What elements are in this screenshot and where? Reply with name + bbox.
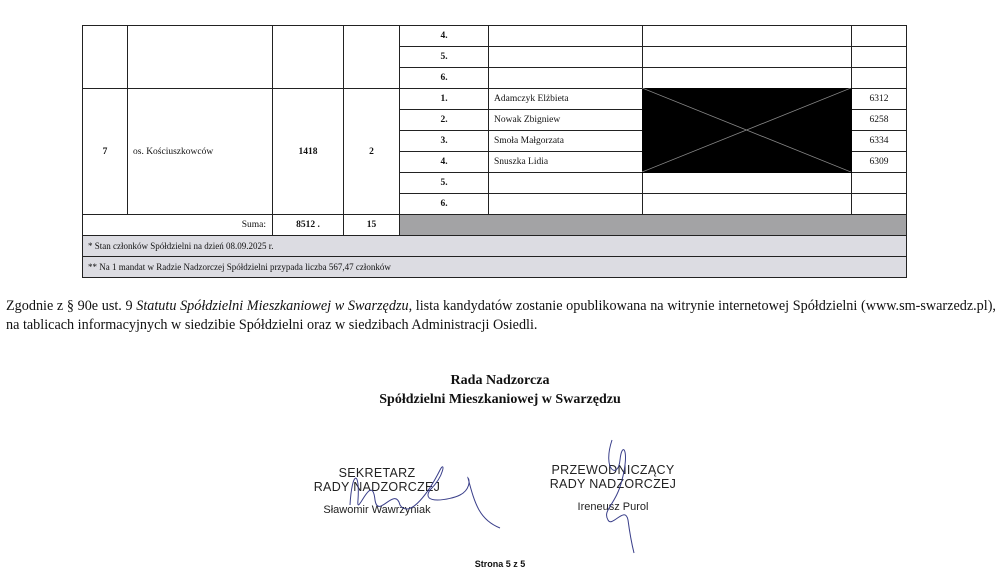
secretary-signature-block: SEKRETARZ RADY NADZORCZEJ Sławomir Wawrz… bbox=[282, 466, 472, 516]
candidate-name: Nowak Zbigniew bbox=[488, 109, 643, 131]
prev-mandates-cell bbox=[343, 25, 400, 89]
prev-lp-cell bbox=[82, 25, 128, 89]
candidate-number: 6334 bbox=[851, 130, 907, 152]
prev-estate-cell bbox=[127, 25, 273, 89]
candidate-no: 4. bbox=[399, 151, 489, 173]
prev-candidate-name bbox=[488, 46, 643, 68]
footnote: * Stan członków Spółdzielni na dzień 08.… bbox=[82, 235, 907, 257]
secretary-title-council: RADY NADZORCZEJ bbox=[282, 480, 472, 494]
paragraph-text-1: Zgodnie z § 90e ust. 9 bbox=[6, 298, 136, 314]
candidate-redacted-field bbox=[642, 172, 852, 194]
sum-members-mark: . bbox=[318, 220, 320, 230]
prev-candidate-name bbox=[488, 25, 643, 47]
prev-candidate-no: 6. bbox=[399, 67, 489, 89]
prev-candidate-redacted bbox=[642, 25, 852, 47]
candidate-name bbox=[488, 172, 643, 194]
prev-candidate-number bbox=[851, 46, 907, 68]
group-mandates: 2 bbox=[343, 88, 400, 215]
prev-candidate-number bbox=[851, 67, 907, 89]
candidate-no: 2. bbox=[399, 109, 489, 131]
secretary-name: Sławomir Wawrzyniak bbox=[282, 504, 472, 516]
candidate-no: 3. bbox=[399, 130, 489, 152]
redaction-box bbox=[642, 88, 852, 173]
prev-candidate-name bbox=[488, 67, 643, 89]
chairman-name: Ireneusz Purol bbox=[533, 501, 693, 513]
candidate-no: 1. bbox=[399, 88, 489, 110]
candidate-number: 6312 bbox=[851, 88, 907, 110]
candidate-no: 5. bbox=[399, 172, 489, 194]
council-title: Rada Nadzorcza bbox=[340, 373, 660, 389]
prev-candidate-no: 4. bbox=[399, 25, 489, 47]
sum-mandates: 15 bbox=[343, 214, 400, 236]
prev-candidate-redacted bbox=[642, 46, 852, 68]
council-subtitle: Spółdzielni Mieszkaniowej w Swarzędzu bbox=[340, 392, 660, 408]
chairman-title-council: RADY NADZORCZEJ bbox=[533, 477, 693, 491]
group-members: 1418 bbox=[272, 88, 344, 215]
publication-paragraph: Zgodnie z § 90e ust. 9 Statutu Spółdziel… bbox=[6, 297, 996, 335]
candidate-number: 6309 bbox=[851, 151, 907, 173]
sum-members: 8512 . bbox=[272, 214, 344, 236]
prev-candidate-redacted bbox=[642, 67, 852, 89]
candidate-name: Smoła Małgorzata bbox=[488, 130, 643, 152]
prev-candidate-no: 5. bbox=[399, 46, 489, 68]
candidate-redacted-field bbox=[642, 193, 852, 215]
prev-members-cell bbox=[272, 25, 344, 89]
footnote: ** Na 1 mandat w Radzie Nadzorczej Spółd… bbox=[82, 256, 907, 278]
redaction-cross-icon bbox=[642, 88, 851, 172]
sum-filler bbox=[399, 214, 907, 236]
sum-members-value: 8512 bbox=[296, 220, 315, 230]
candidate-number: 6258 bbox=[851, 109, 907, 131]
prev-candidate-number bbox=[851, 25, 907, 47]
candidate-name: Adamczyk Elżbieta bbox=[488, 88, 643, 110]
group-lp: 7 bbox=[82, 88, 128, 215]
candidate-no: 6. bbox=[399, 193, 489, 215]
candidate-name: Snuszka Lidia bbox=[488, 151, 643, 173]
group-estate: os. Kościuszkowców bbox=[127, 88, 273, 215]
page-number: Strona 5 z 5 bbox=[420, 559, 580, 569]
chairman-title: PRZEWODNICZĄCY bbox=[533, 463, 693, 477]
candidate-number bbox=[851, 193, 907, 215]
secretary-title: SEKRETARZ bbox=[282, 466, 472, 480]
chairman-signature-block: PRZEWODNICZĄCY RADY NADZORCZEJ Ireneusz … bbox=[533, 463, 693, 513]
statute-title: Statutu Spółdzielni Mieszkaniowej w Swar… bbox=[136, 298, 408, 314]
sum-label: Suma: bbox=[82, 214, 273, 236]
candidate-number bbox=[851, 172, 907, 194]
candidate-name bbox=[488, 193, 643, 215]
